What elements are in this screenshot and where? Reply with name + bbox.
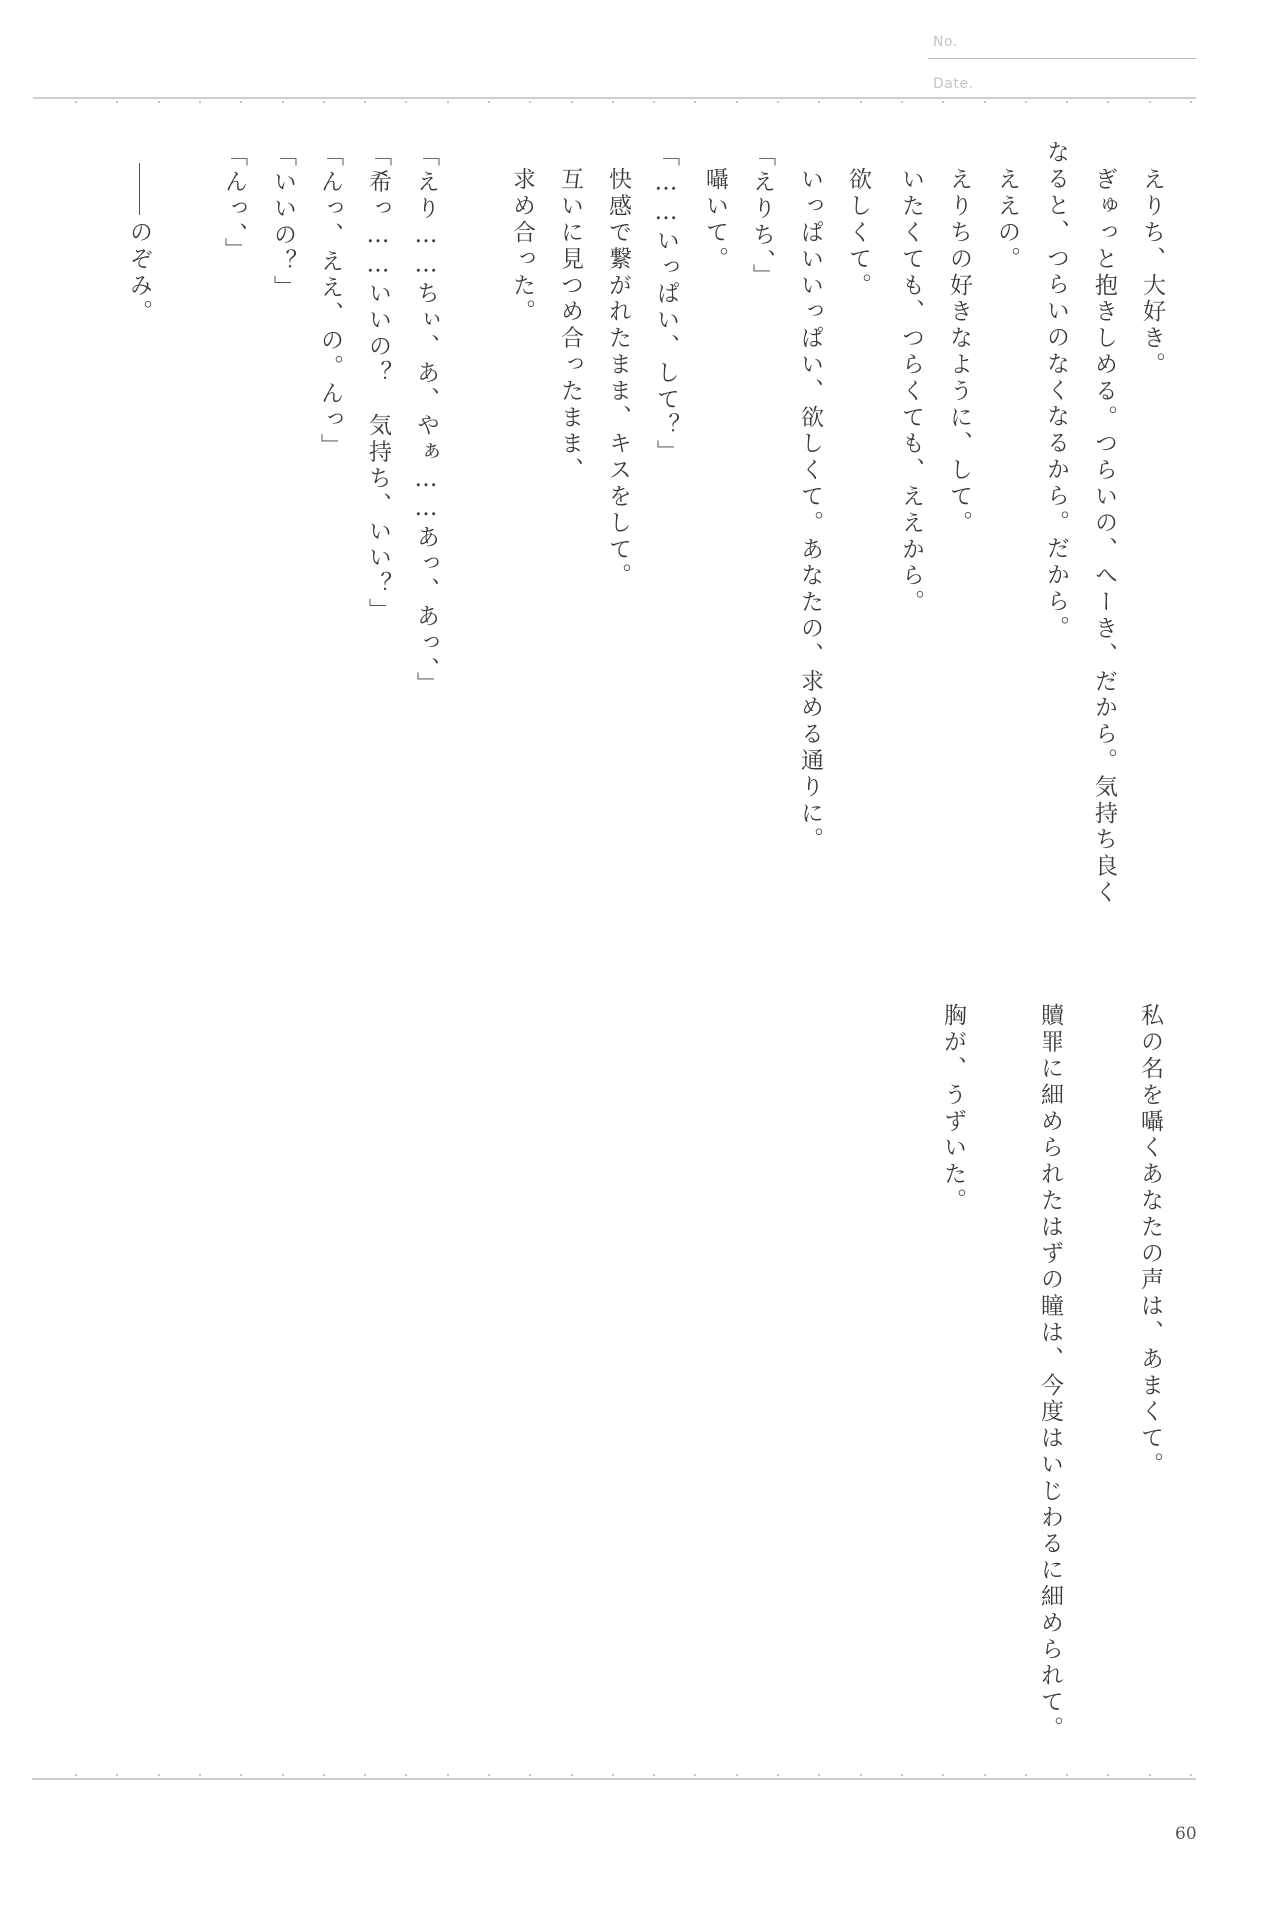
rule-tick [1190,1774,1192,1776]
notebook-page: No. Date. えりち、大好き。 ぎゅっと抱きしめる。つらいの、へーき、だか… [0,0,1280,1905]
rule-tick [736,101,738,103]
rule-tick [1025,101,1027,103]
rule-tick [612,1774,614,1776]
rule-tick [777,101,779,103]
rule-tick [240,1774,242,1776]
dialogue-column: 「んっ、ええ、の。んっ」 [318,143,342,460]
rule-tick [1149,101,1151,103]
rule-tick [1025,1774,1027,1776]
rule-tick [1190,101,1192,103]
rule-tick [199,1774,201,1776]
em-dash-line [139,163,140,215]
text-column: 互いに見つめ合ったまま、 [558,167,582,484]
no-field-label: No. [933,34,958,50]
rule-tick [1107,1774,1109,1776]
text-column: 贖罪に細められたはずの瞳は、今度はいじわるに細められて。 [1038,1003,1062,1742]
rule-tick [694,101,696,103]
rule-tick [653,101,655,103]
rule-tick [901,1774,903,1776]
rule-tick [942,101,944,103]
rule-tick [282,1774,284,1776]
text-column: いっぱいいっぱい、欲しくて。あなたの、求める通りに。 [798,167,822,853]
rule-tick [158,101,160,103]
text-column: 求め合った。 [510,167,534,325]
dialogue-column: 「んっ、」 [222,143,246,264]
rule-tick [405,101,407,103]
text-column: 胸が、うずいた。 [941,1003,965,1214]
rule-tick [653,1774,655,1776]
text-column: ええの。 [995,167,1019,273]
rule-tick [364,1774,366,1776]
rule-tick [694,1774,696,1776]
no-field-line [928,58,1196,59]
rule-tick [942,1774,944,1776]
rule-tick [447,1774,449,1776]
text-column: えりち、大好き。 [1140,167,1164,378]
rule-tick [199,101,201,103]
date-field-label: Date. [933,76,973,92]
rule-tick [529,1774,531,1776]
rule-tick [612,101,614,103]
signature-column: のぞみ。 [127,220,151,326]
dialogue-column: 「希っ……いいの？ 気持ち、いい？」 [366,143,390,624]
dialogue-column: 「えり……ちぃ、あ、やぁ……あっ、あっ、」 [414,143,438,698]
rule-tick [818,101,820,103]
rule-tick [405,1774,407,1776]
text-column: いたくても、つらくても、ええから。 [899,167,923,616]
rule-tick [75,101,77,103]
rule-tick [984,101,986,103]
rule-tick [488,101,490,103]
rule-tick [860,101,862,103]
rule-tick [447,101,449,103]
text-column: えりちの好きなように、して。 [947,167,971,537]
text-column: 欲しくて。 [846,167,870,299]
rule-tick [75,1774,77,1776]
rule-tick [1107,101,1109,103]
rule-tick [323,101,325,103]
text-column: なると、つらいのなくなるから。だから。 [1044,140,1068,642]
rule-tick [240,101,242,103]
dialogue-column: 「……いっぱい、して？」 [654,143,678,466]
rule-tick [1066,1774,1068,1776]
rule-tick [571,1774,573,1776]
top-rule [33,97,1196,99]
rule-tick [158,1774,160,1776]
rule-tick [364,101,366,103]
rule-tick [901,101,903,103]
rule-tick [777,1774,779,1776]
dialogue-column: 「いいの？」 [271,143,295,301]
rule-tick [860,1774,862,1776]
rule-tick [736,1774,738,1776]
rule-tick [116,1774,118,1776]
rule-tick [282,101,284,103]
rule-tick [818,1774,820,1776]
rule-tick [1149,1774,1151,1776]
text-column: 囁いて。 [703,167,727,273]
rule-tick [529,101,531,103]
rule-tick [116,101,118,103]
rule-tick [488,1774,490,1776]
bottom-rule [32,1778,1196,1780]
text-column: 私の名を囁くあなたの声は、あまくて。 [1138,1003,1162,1478]
rule-tick [571,101,573,103]
page-number: 60 [1175,1824,1197,1844]
rule-tick [1066,101,1068,103]
rule-tick [984,1774,986,1776]
text-column: ぎゅっと抱きしめる。つらいの、へーき、だから。気持ち良く [1092,167,1116,906]
text-column: 快感で繋がれたまま、キスをして。 [606,167,630,589]
dialogue-column: 「えりち、」 [750,143,774,290]
rule-tick [323,1774,325,1776]
